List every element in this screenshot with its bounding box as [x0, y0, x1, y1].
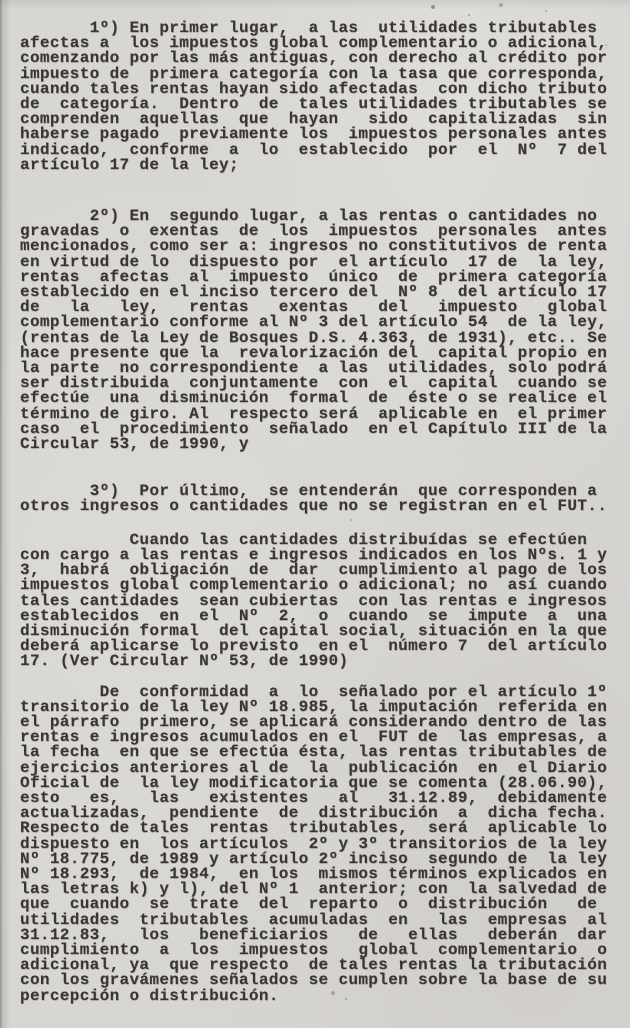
paragraph-4: Cuando las cantidades distribuídas se ef… — [20, 533, 624, 670]
paragraph-1: 1º) En primer lugar, a las utilidades tr… — [20, 21, 624, 173]
paragraph-5: De conformidad a lo señalado por el artí… — [20, 685, 624, 1004]
paragraph-2: 2º) En segundo lugar, a las rentas o can… — [20, 209, 624, 452]
scanned-page: 1º) En primer lugar, a las utilidades tr… — [0, 0, 630, 1028]
document-body: 1º) En primer lugar, a las utilidades tr… — [20, 21, 624, 1004]
paragraph-3: 3º) Por último, se entenderán que corres… — [20, 484, 624, 514]
scan-noise — [0, 0, 2, 2]
